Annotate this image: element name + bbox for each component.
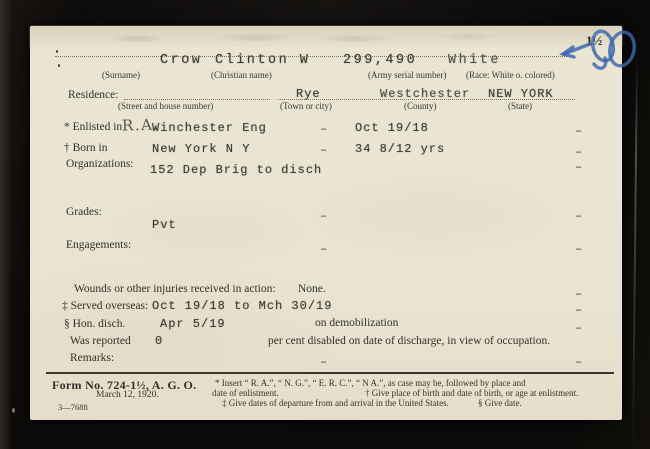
footnote-line2a: date of enlistment. (212, 388, 279, 398)
residence-state-value: NEW YORK (488, 87, 554, 101)
footnote-line3a: ‡ Give dates of departure from and arriv… (222, 398, 449, 408)
residence-town-value: Rye (296, 87, 321, 101)
typed-dash: – (320, 355, 327, 369)
service-record-card: 1½ Crow Clinton W 299,490 White (Surname… (30, 26, 622, 420)
blue-pen-scrawl-icon (550, 24, 650, 84)
typed-dash: – (575, 209, 582, 223)
typed-dash: – (575, 287, 582, 301)
typed-dash: – (320, 143, 327, 157)
footnote-line1: * Insert “ R. A.”, “ N. G.”, “ E. R. C.”… (215, 378, 526, 388)
typed-dash: – (575, 145, 582, 159)
grades-label: Grades: (66, 206, 102, 218)
typed-dash: – (575, 242, 582, 256)
film-speck (12, 408, 15, 413)
ink-speck (56, 50, 58, 53)
christian-name-label: (Christian name) (211, 70, 272, 80)
served-overseas-label: ‡ Served overseas: (62, 300, 148, 312)
county-label: (County) (404, 101, 437, 111)
born-label: † Born in (64, 142, 107, 154)
typed-dash: – (575, 321, 582, 335)
born-age-value: 34 8/12 yrs (355, 142, 445, 156)
remarks-label: Remarks: (70, 352, 114, 364)
ghost-smudge-band (30, 26, 622, 47)
surname-label: (Surname) (102, 70, 140, 80)
enlisted-date-value: Oct 19/18 (355, 121, 429, 135)
reported-label: Was reported (70, 335, 131, 347)
discharge-note: on demobilization (315, 317, 398, 329)
residence-street-rule (124, 99, 270, 100)
discharge-label: § Hon. disch. (64, 318, 125, 330)
street-label: (Street and house number) (118, 101, 213, 111)
enlisted-place-value: Winchester Eng (152, 121, 267, 135)
typed-dash: – (575, 160, 582, 174)
serial-number-label: (Army serial number) (368, 70, 446, 80)
footer-rule (46, 372, 614, 374)
engagements-label: Engagements: (66, 239, 131, 251)
race-label: (Race: White o. colored) (466, 70, 555, 80)
grades-value: Pvt (152, 218, 177, 232)
typed-dash: – (320, 242, 327, 256)
microfilm-frame: 1½ Crow Clinton W 299,490 White (Surname… (0, 0, 650, 449)
organizations-label: Organizations: (66, 158, 134, 170)
typed-dash: – (575, 303, 582, 317)
discharge-date-value: Apr 5/19 (160, 317, 226, 331)
print-code: 3—7688 (58, 402, 88, 412)
residence-county-value: Westchester (380, 87, 470, 101)
ink-speck (58, 64, 60, 67)
residence-label: Residence: (68, 89, 118, 101)
reported-value: 0 (155, 334, 163, 348)
organizations-value: 152 Dep Brig to disch (150, 163, 322, 177)
footnote-line3b: § Give date. (478, 398, 522, 408)
film-edge-shading (0, 0, 12, 449)
town-label: (Town or city) (280, 101, 332, 111)
wounds-label: Wounds or other injuries received in act… (74, 283, 276, 295)
footnote-line2b: † Give place of birth and date of birth,… (365, 388, 578, 398)
born-place-value: New York N Y (152, 142, 250, 156)
typed-dash: – (575, 355, 582, 369)
state-label: (State) (508, 101, 532, 111)
reported-note: per cent disabled on date of discharge, … (268, 335, 550, 347)
form-date: March 12, 1920. (96, 390, 159, 400)
enlisted-label: * Enlisted in (64, 121, 122, 133)
typed-dash: – (575, 124, 582, 138)
film-scratch-line (632, 55, 638, 449)
typed-dash: – (320, 209, 327, 223)
name-rule-dotted (55, 56, 567, 57)
wounds-value: None. (298, 283, 326, 295)
served-overseas-value: Oct 19/18 to Mch 30/19 (152, 299, 332, 313)
typed-dash: – (320, 122, 327, 136)
